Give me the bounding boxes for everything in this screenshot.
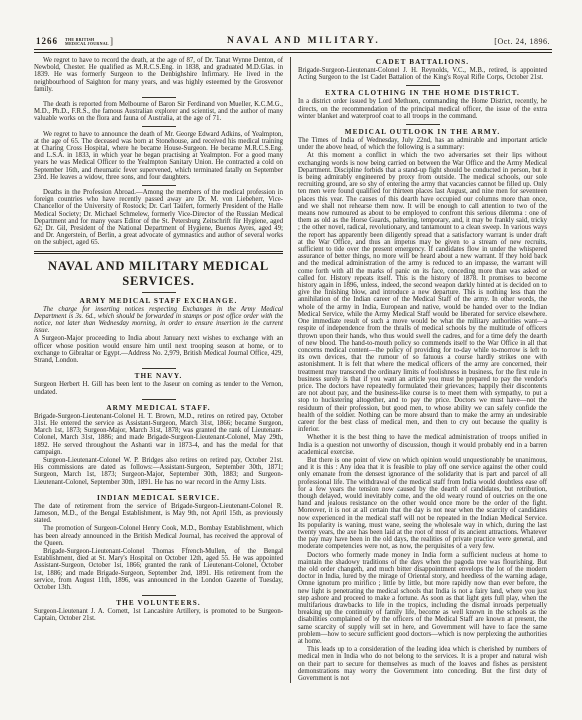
left-column: We regret to have to record the death, a… [34,57,283,683]
rule [142,489,176,490]
outlook-body-2: Whether it is the best thing to have the… [298,434,547,456]
outlook-body-1: At this moment a conflict in which the t… [298,152,547,433]
subheading-extra-clothing: EXTRA CLOTHING IN THE HOME DISTRICT. [298,89,547,97]
issue-date: [Oct. 24, 1896. [494,37,550,46]
right-column: CADET BATTALIONS.Brigade-Surgeon-Lieuten… [298,57,547,683]
rule [142,185,176,186]
obituary-denton: We regret to have to record the death, a… [34,57,283,93]
outlook-intro: The Times of India of Wednesday, July 22… [298,137,547,151]
deaths-abroad: Deaths in the Profession Abroad.—Among t… [34,189,283,247]
outlook-body-3: But there is one point of view on which … [298,457,547,551]
extra-clothing-order: In a district order issued by Lord Methu… [298,98,547,120]
rule [142,126,176,127]
subheading-army-medical-staff-exchange: ARMY MEDICAL STAFF EXCHANGE. [34,297,283,305]
subheading-indian-medical-service: INDIAN MEDICAL SERVICE. [34,494,283,502]
page-number: 1266 [36,36,58,46]
indian-cook: The promotion of Surgeon-Colonel Henry C… [34,525,283,547]
outlook-body-4: Doctors who formerly made money in India… [298,552,547,646]
journal-page: 1266 The British Medical Journal ] NAVAL… [0,0,582,720]
subheading-cadet-battalions: CADET BATTALIONS. [298,58,547,66]
navy-gill: Surgeon Herbert H. Gill has been lent to… [34,381,283,395]
cadet-reynolds: Brigade-Surgeon-Lieutenant-Colonel J. H.… [298,67,547,81]
header-rule [34,49,552,53]
rule [142,595,176,596]
subheading-the-volunteers: THE VOLUNTEERS. [34,599,283,607]
indian-jameson: The date of retirement from the service … [34,503,283,525]
double-rule [34,251,283,254]
subheading-the-navy: THE NAVY. [34,372,283,380]
outlook-body-5: This leads up to a consideration of the … [298,646,547,682]
column-divider [290,57,291,683]
obituary-mueller: The death is reported from Melbourne of … [34,101,283,123]
rule [142,399,176,400]
subheading-medical-outlook: MEDICAL OUTLOOK IN THE ARMY. [298,128,547,136]
rule [142,368,176,369]
exchange-notice-terms: The charge for inserting notices respect… [34,306,283,335]
rule [142,97,176,98]
page-header: 1266 The British Medical Journal ] NAVAL… [34,36,552,48]
rule [406,85,440,86]
obituary-adkins: We regret to have to announce the death … [34,131,283,181]
indian-ffrench-mullen: Brigade-Surgeon-Lieutenant-Colonel Thoma… [34,548,283,591]
exchange-notice-surgeon-major: A Surgeon-Major proceeding to India abou… [34,335,283,364]
volunteers-cornett: Surgeon-Lieutenant J. A. Cornett, 1st La… [34,608,283,622]
rule [142,292,176,293]
journal-name: The British Medical Journal [65,38,109,46]
army-brown: Brigade-Surgeon-Lieutenant-Colonel H. T.… [34,413,283,456]
section-title-naval-military-medical-services: NAVAL AND MILITARY MEDICAL SERVICES. [34,259,283,289]
page-body: We regret to have to record the death, a… [34,57,552,683]
running-title: NAVAL AND MILITARY. [113,36,494,46]
rule [406,124,440,125]
subheading-army-medical-staff: ARMY MEDICAL STAFF. [34,404,283,412]
army-bridges: Surgeon-Lieutenant-Colonel W. P. Bridges… [34,457,283,486]
